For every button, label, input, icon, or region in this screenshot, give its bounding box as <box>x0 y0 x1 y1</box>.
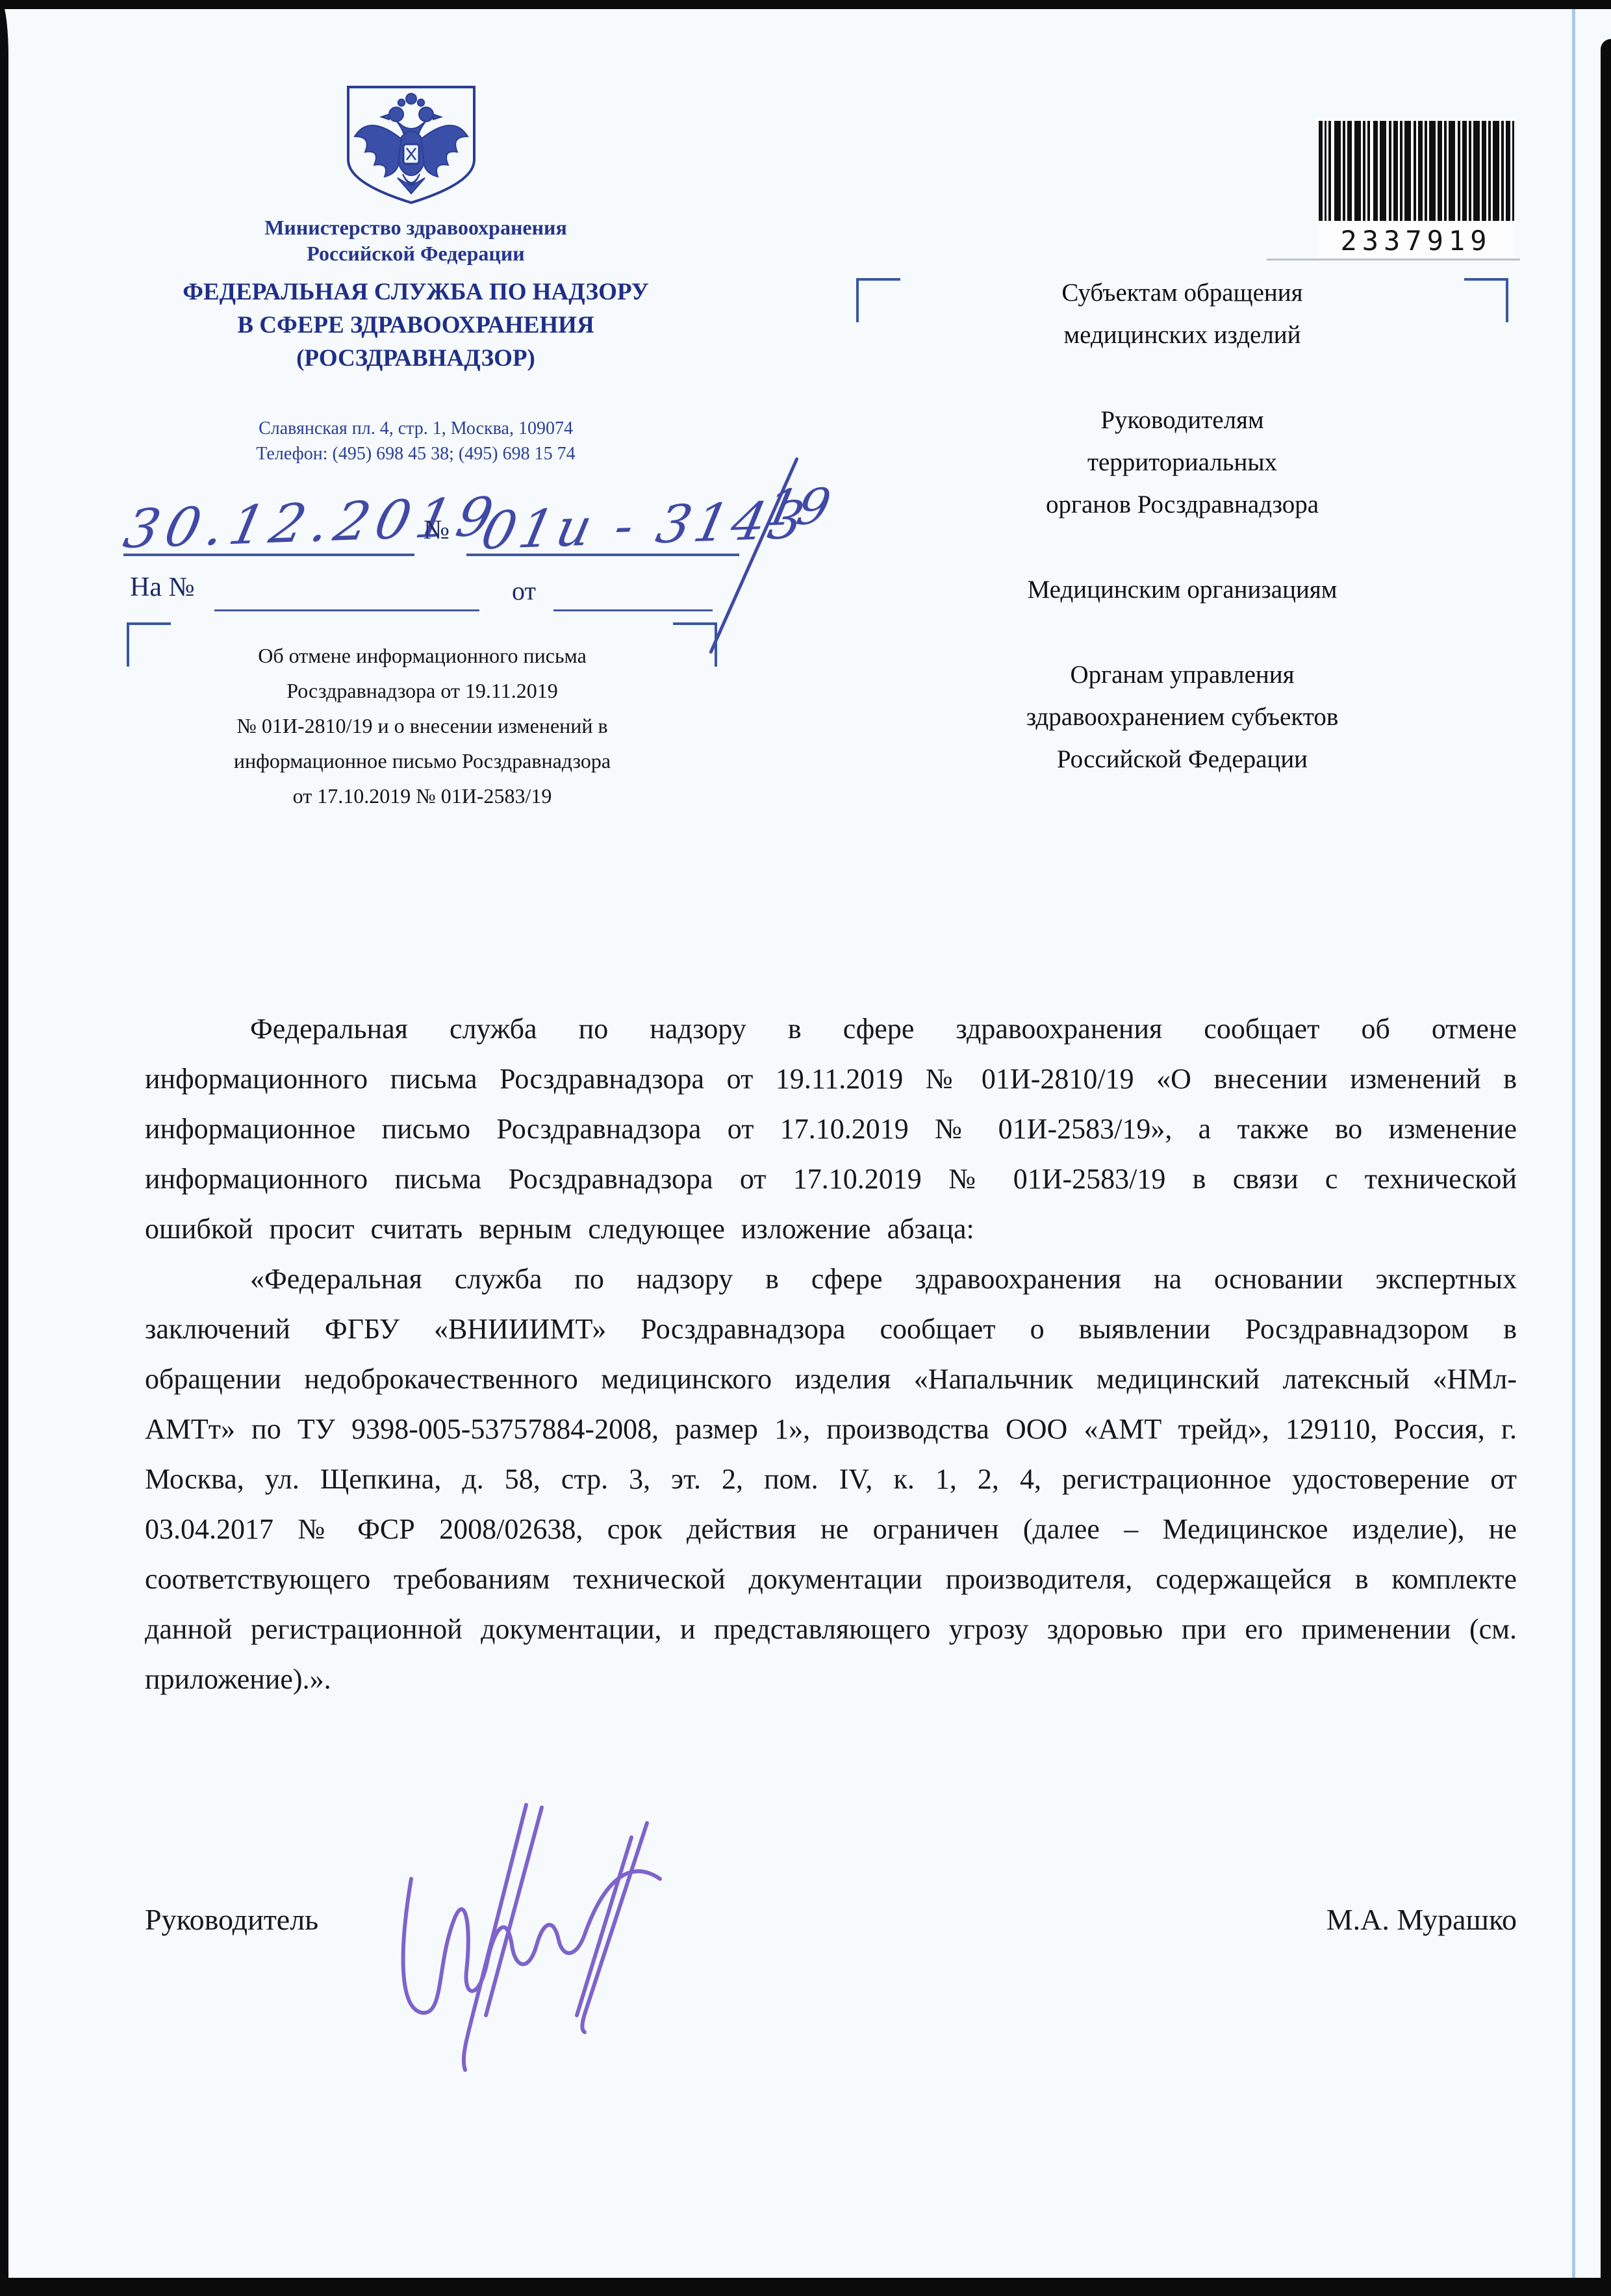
recipient-line: Медицинским организациям <box>857 568 1507 611</box>
recipient-bracket-top-right <box>1464 278 1508 322</box>
recipient-line: Российской Федерации <box>857 738 1507 780</box>
recipient-line: Руководителям <box>857 399 1507 441</box>
service-line1: ФЕДЕРАЛЬНАЯ СЛУЖБА ПО НАДЗОРУ <box>117 275 715 309</box>
reply-number-rule <box>214 609 479 611</box>
scan-artifact-line <box>1267 259 1520 261</box>
letter-body: Федеральная служба по надзору в сфере зд… <box>145 1004 1517 1704</box>
scan-edge-top <box>0 0 1611 9</box>
barcode: 2337919 <box>1317 118 1515 257</box>
recipient-group: Субъектам обращения медицинских изделий <box>857 272 1507 356</box>
recipients-block: Субъектам обращения медицинских изделий … <box>857 272 1507 823</box>
signer-name: М.А. Мурашко <box>1257 1902 1517 1937</box>
service-name: ФЕДЕРАЛЬНАЯ СЛУЖБА ПО НАДЗОРУ В СФЕРЕ ЗД… <box>117 275 715 375</box>
handwritten-number-suffix: 19 <box>760 477 836 537</box>
recipient-line: медицинских изделий <box>857 314 1507 356</box>
reply-to-number-label: На № <box>130 572 195 603</box>
recipient-group: Органам управления здравоохранением субъ… <box>857 654 1507 780</box>
subject-bracket-top-right <box>673 622 717 667</box>
handwritten-signature <box>388 1801 674 2080</box>
subject-line: Об отмене информационного письма <box>130 638 715 673</box>
address-line: Славянская пл. 4, стр. 1, Москва, 109074 <box>130 416 702 441</box>
number-sign-label: № <box>424 515 450 546</box>
body-paragraph-2: «Федеральная служба по надзору в сфере з… <box>145 1254 1517 1704</box>
reply-date-rule <box>553 609 713 611</box>
body-paragraph-1: Федеральная служба по надзору в сфере зд… <box>145 1004 1517 1254</box>
recipient-line: органов Росздравнадзора <box>857 483 1507 526</box>
ministry-name: Министерство здравоохранения Российской … <box>130 214 702 266</box>
reply-from-label: от <box>512 576 536 606</box>
subject-line: № 01И-2810/19 и о внесении изменений в <box>130 708 715 743</box>
subject-bracket-top-left <box>127 622 171 667</box>
recipient-group: Медицинским организациям <box>857 568 1507 611</box>
subject-block: Об отмене информационного письма Росздра… <box>130 638 715 813</box>
barcode-bars <box>1317 118 1515 223</box>
service-line2: В СФЕРЕ ЗДРАВООХРАНЕНИЯ <box>117 309 715 342</box>
scan-edge-bottom <box>0 2278 1611 2296</box>
date-field-rule <box>123 554 414 556</box>
scan-fold-line <box>1572 0 1575 2296</box>
contact-block: Славянская пл. 4, стр. 1, Москва, 109074… <box>130 416 702 466</box>
signer-position-label: Руководитель <box>145 1902 318 1937</box>
scanned-letter-page: Министерство здравоохранения Российской … <box>0 0 1611 2296</box>
number-field-rule <box>466 554 739 556</box>
scan-edge-right <box>1601 39 1611 2296</box>
subject-line: информационное письмо Росздравнадзора <box>130 743 715 778</box>
recipient-line: Органам управления <box>857 654 1507 696</box>
barcode-number: 2337919 <box>1317 225 1515 257</box>
phone-line: Телефон: (495) 698 45 38; (495) 698 15 7… <box>130 441 702 466</box>
recipient-line: здравоохранением субъектов <box>857 696 1507 738</box>
recipient-line: территориальных <box>857 441 1507 483</box>
russia-coat-of-arms-icon <box>338 82 485 209</box>
subject-line: от 17.10.2019 № 01И-2583/19 <box>130 778 715 813</box>
ministry-line1: Министерство здравоохранения <box>130 214 702 240</box>
ministry-line2: Российской Федерации <box>130 240 702 266</box>
subject-line: Росздравнадзора от 19.11.2019 <box>130 673 715 708</box>
recipient-group: Руководителям территориальных органов Ро… <box>857 399 1507 526</box>
scan-edge-left <box>0 0 8 2296</box>
service-line3: (РОСЗДРАВНАДЗОР) <box>117 342 715 375</box>
recipient-line: Субъектам обращения <box>857 272 1507 314</box>
recipient-bracket-top-left <box>856 278 900 322</box>
